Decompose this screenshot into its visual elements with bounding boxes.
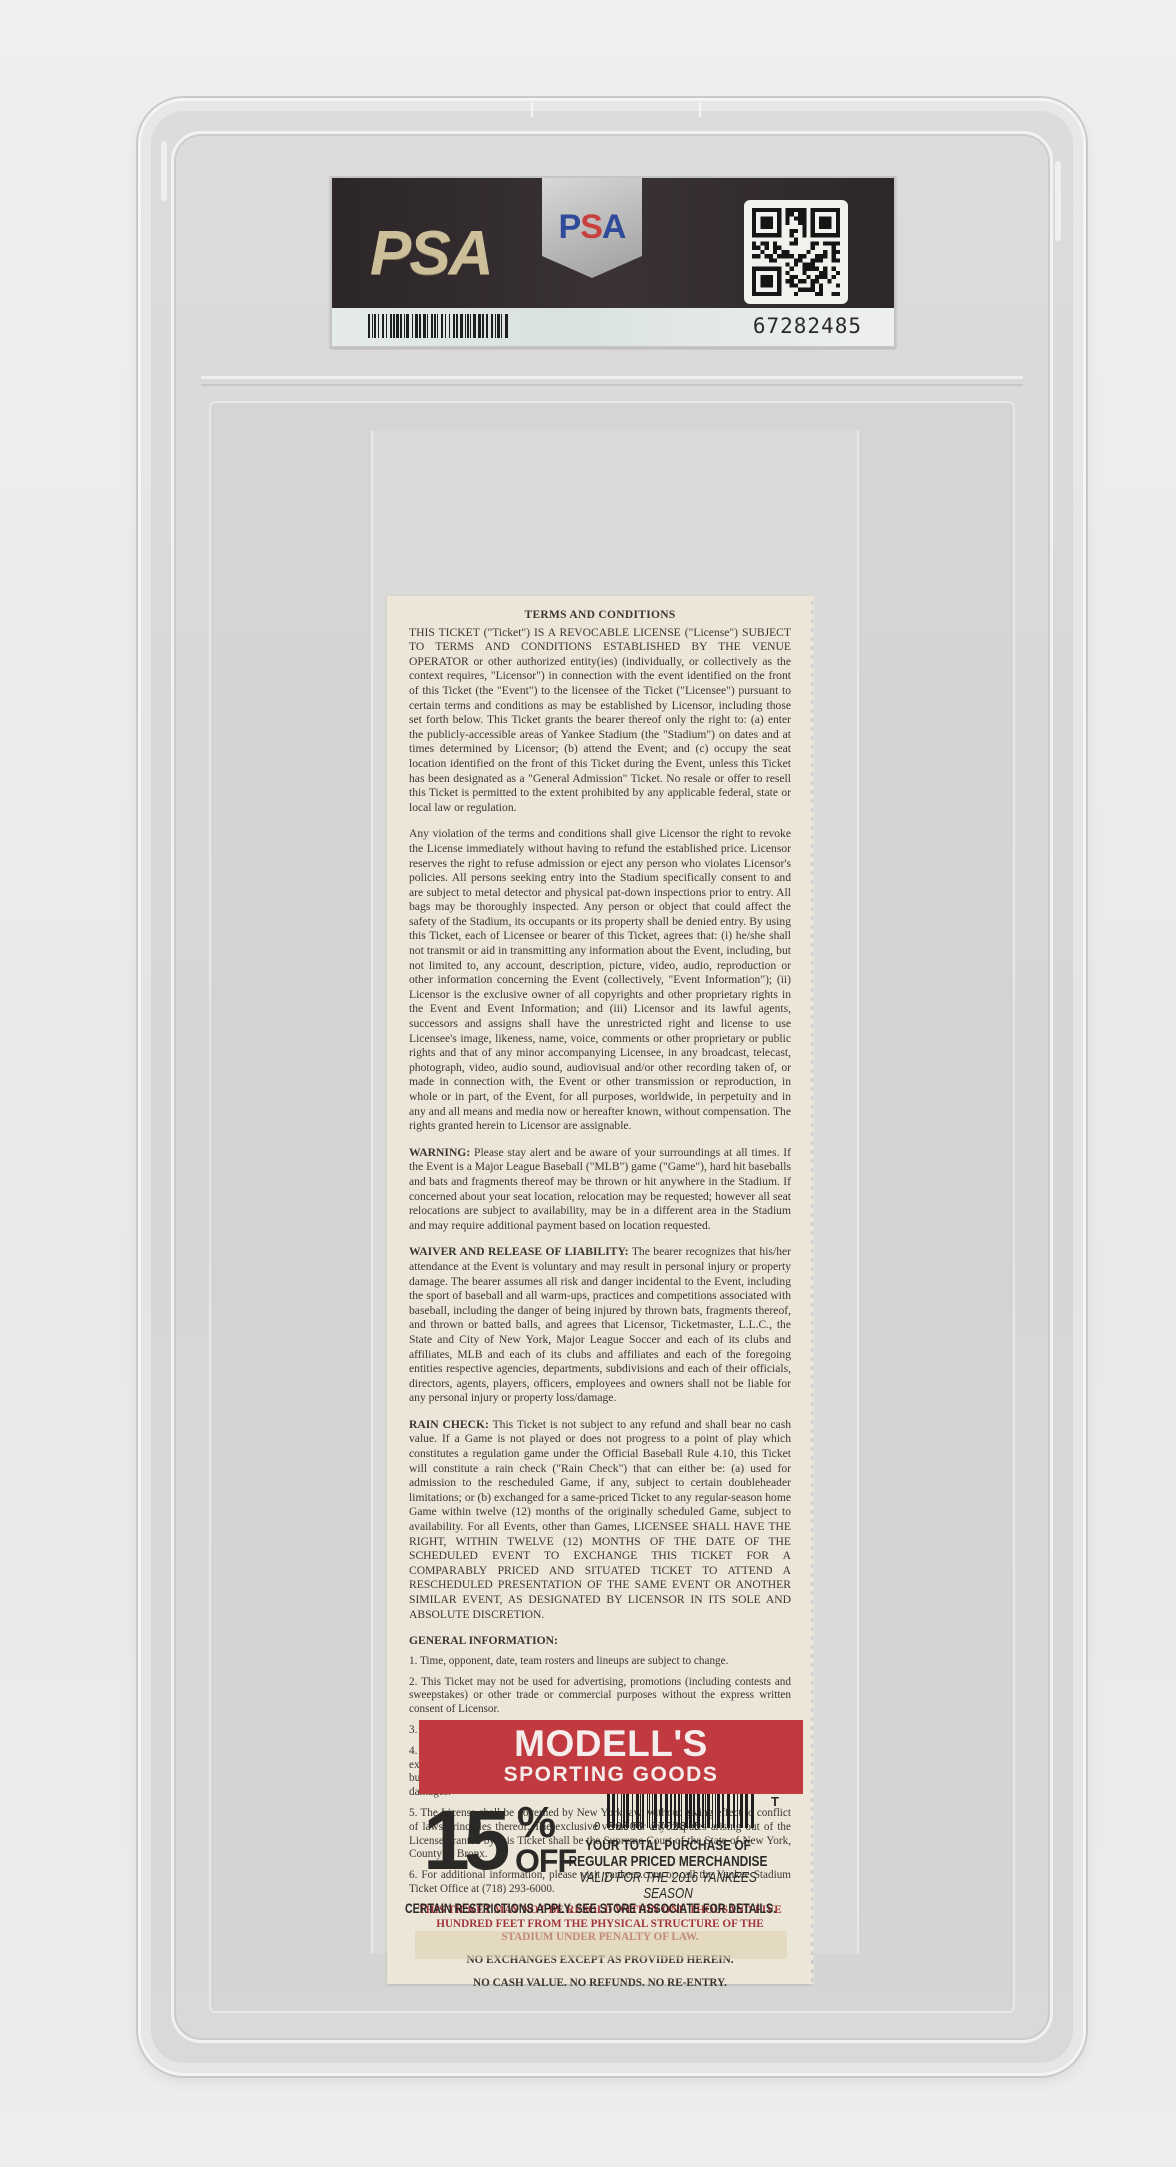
label-barcode-strip: 67282485: [332, 308, 894, 346]
coupon-restrictions: CERTAIN RESTRICTIONS APPLY. SEE STORE AS…: [405, 1900, 709, 1916]
general-info-title: GENERAL INFORMATION:: [409, 1634, 791, 1649]
warning-heading: WARNING:: [409, 1146, 470, 1159]
rain-check-heading: RAIN CHECK:: [409, 1418, 489, 1431]
psa-shield-logo: PSA: [542, 208, 642, 247]
barcode-icon: [368, 314, 510, 338]
coupon-validity: VALID FOR THE 2016 YANKEES SEASON: [561, 1870, 776, 1902]
terms-intro: THIS TICKET ("Ticket") IS A REVOCABLE LI…: [409, 626, 791, 816]
coupon-line-1: YOUR TOTAL PURCHASE OF: [561, 1838, 776, 1854]
coupon-line-2: REGULAR PRICED MERCHANDISE: [561, 1854, 776, 1870]
rain-check-text: This Ticket is not subject to any refund…: [409, 1418, 791, 1621]
slab-divider: [201, 376, 1023, 386]
barcode-flag: T: [771, 1794, 779, 1809]
terms-waiver: WAIVER AND RELEASE OF LIABILITY: The bea…: [409, 1245, 791, 1406]
cert-number: 67282485: [753, 314, 862, 338]
terms-title: TERMS AND CONDITIONS: [409, 608, 791, 623]
terms-rain-check: RAIN CHECK: This Ticket is not subject t…: [409, 1418, 791, 1622]
slab-top-notch: [531, 103, 701, 117]
shield-letter-a: A: [602, 208, 626, 246]
shield-letter-p: P: [559, 208, 581, 246]
ticket-back: TERMS AND CONDITIONS THIS TICKET ("Ticke…: [387, 596, 811, 1984]
shield-letter-s: S: [580, 208, 602, 246]
waiver-heading: WAIVER AND RELEASE OF LIABILITY:: [409, 1245, 629, 1258]
percent-sign: %: [517, 1798, 556, 1848]
discount-number: 15: [423, 1790, 504, 1890]
psa-label: PSA PSA 67282485: [330, 176, 896, 348]
label-dark-panel: PSA PSA: [332, 178, 894, 312]
glare: [1055, 161, 1061, 241]
general-info-item: 1. Time, opponent, date, team rosters an…: [409, 1655, 791, 1669]
coupon-offer-text: YOUR TOTAL PURCHASE OF REGULAR PRICED ME…: [561, 1838, 776, 1902]
no-cash-notice: NO CASH VALUE. NO REFUNDS. NO RE-ENTRY.: [409, 1976, 791, 1991]
psa-logo-gold: PSA: [370, 218, 491, 289]
terms-warning: WARNING: Please stay alert and be aware …: [409, 1146, 791, 1234]
ticket-stain: [415, 1931, 787, 1959]
modells-logo: MODELL'S: [419, 1720, 803, 1764]
terms-violation: Any violation of the terms and condition…: [409, 827, 791, 1133]
qr-code-icon[interactable]: [744, 200, 848, 304]
modells-sub-logo: SPORTING GOODS: [419, 1764, 803, 1786]
modells-banner: MODELL'S SPORTING GOODS: [419, 1720, 803, 1794]
general-info-item: 2. This Ticket may not be used for adver…: [409, 1676, 791, 1717]
psa-shield-icon: PSA: [542, 178, 642, 278]
glare: [161, 141, 167, 201]
waiver-text: The bearer recognizes that his/her atten…: [409, 1245, 791, 1404]
coupon-upc: 0 50000 27038 5: [594, 1820, 804, 1833]
